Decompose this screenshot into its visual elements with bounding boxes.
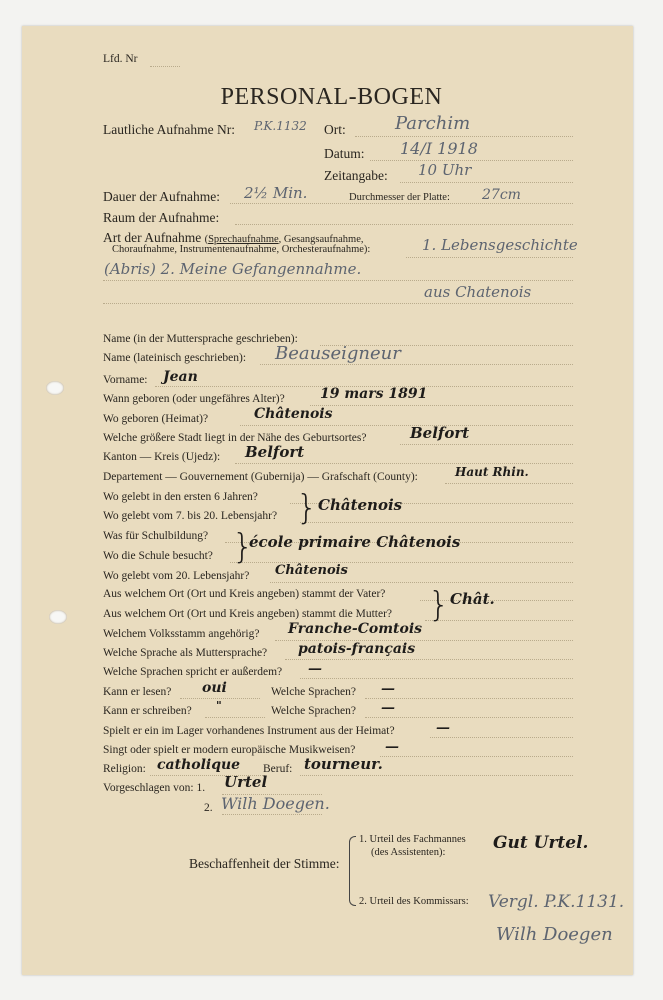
schreiben-sprachen-line (365, 717, 573, 718)
wo-geboren-line (240, 425, 573, 426)
ort-line (355, 136, 573, 137)
instrument-value: — (436, 721, 450, 735)
brace-icon: } (428, 585, 450, 625)
vater-label: Aus welchem Ort (Ort und Kreis angeben) … (103, 589, 385, 601)
ort-value: Parchim (395, 115, 470, 133)
wo-geboren-label: Wo geboren (Heimat)? (103, 414, 208, 426)
geboren-label: Wann geboren (oder ungefähres Alter)? (103, 394, 285, 406)
durchmesser-label: Durchmesser der Platte: (349, 193, 450, 204)
name-latein-label: Name (lateinisch geschrieben): (103, 353, 246, 365)
gelebt-ab20-label: Wo gelebt vom 20. Lebensjahr? (103, 571, 249, 583)
eltern-value: Chât. (450, 592, 495, 607)
urteil1-label-a: 1. Urteil des Fachmannes (359, 835, 466, 846)
art-line2 (103, 280, 573, 281)
art-value-2: (Abris) 2. Meine Gefangennahme. (104, 262, 361, 277)
stimme-label: Beschaffenheit der Stimme: (189, 857, 339, 871)
lesen-label: Kann er lesen? (103, 687, 171, 699)
sprachen-line (300, 678, 573, 679)
kanton-line (235, 463, 573, 464)
punch-hole (49, 610, 67, 624)
schule-value: école primaire Châtenois (249, 535, 460, 550)
musik-line (380, 756, 573, 757)
volksstamm-value: Franche-Comtois (288, 622, 422, 636)
urteil2-value-b: Wilh Doegen (496, 926, 613, 944)
urteil1-label-b: (des Assistenten): (371, 848, 445, 859)
vorname-value: Jean (163, 370, 198, 384)
schreiben-value: " (216, 700, 222, 711)
departement-value: Haut Rhin. (455, 466, 529, 478)
stadt-value: Belfort (410, 426, 469, 441)
datum-value: 14/I 1918 (400, 141, 478, 157)
kanton-value: Belfort (245, 445, 304, 460)
beruf-value: tourneur. (304, 757, 383, 772)
zeitangabe-label: Zeitangabe: (324, 169, 388, 183)
lesen-value: oui (202, 681, 227, 695)
dauer-line (230, 203, 573, 204)
page-title: PERSONAL-BOGEN (0, 84, 663, 111)
muttersprache-label: Welche Sprache als Muttersprache? (103, 648, 267, 660)
lautliche-value: P.K.1132 (254, 120, 307, 132)
raum-line (235, 224, 573, 225)
volksstamm-label: Welchem Volksstamm angehörig? (103, 629, 259, 641)
lesen-sprachen-value: — (381, 682, 395, 696)
religion-label: Religion: (103, 764, 146, 776)
vorgeschlagen-label: Vorgeschlagen von: 1. (103, 783, 205, 795)
raum-label: Raum der Aufnahme: (103, 211, 219, 225)
kanton-label: Kanton — Kreis (Ujedz): (103, 452, 220, 464)
name-mutter-label: Name (in der Muttersprache geschrieben): (103, 334, 298, 346)
bracket-icon (349, 836, 356, 906)
lfd-nr-line (150, 66, 180, 67)
gelebt-ab20-line (270, 582, 573, 583)
art-line1 (406, 257, 573, 258)
name-latein-value: Beauseigneur (275, 345, 401, 363)
art-label-text: Art der Aufnahme (103, 230, 201, 245)
lesen-sprachen-line (365, 698, 573, 699)
datum-label: Datum: (324, 147, 365, 161)
vorgeschlagen-2-line (222, 814, 322, 815)
lesen-sprachen-label: Welche Sprachen? (271, 687, 356, 699)
wo-geboren-value: Châtenois (254, 407, 332, 421)
muttersprache-line (285, 659, 573, 660)
schreiben-sprachen-label: Welche Sprachen? (271, 706, 356, 718)
art-value-1: 1. Lebensgeschichte (422, 238, 578, 253)
urteil2-value-a: Vergl. P.K.1131. (488, 894, 624, 911)
stadt-label: Welche größere Stadt liegt in der Nähe d… (103, 433, 366, 445)
schreiben-line (205, 717, 265, 718)
gelebt20-line (300, 522, 573, 523)
schulbildung-label: Was für Schulbildung? (103, 531, 208, 543)
stadt-line (400, 444, 573, 445)
dauer-label: Dauer der Aufnahme: (103, 190, 220, 204)
departement-line (445, 483, 573, 484)
instrument-line (430, 737, 573, 738)
urteil2-label: 2. Urteil des Kommissars: (359, 897, 469, 908)
art-line3 (103, 303, 573, 304)
beruf-line (300, 775, 573, 776)
brace-icon: } (296, 488, 318, 528)
durchmesser-value: 27cm (482, 188, 521, 202)
ort-label: Ort: (324, 123, 346, 137)
urteil1-value: Gut Urtel. (493, 835, 588, 852)
schule-label: Wo die Schule besucht? (103, 551, 213, 563)
sprachen-label: Welche Sprachen spricht er außerdem? (103, 667, 282, 679)
vorgeschlagen-2-num: 2. (204, 803, 213, 815)
beruf-label: Beruf: (263, 764, 292, 776)
gelebt6-label: Wo gelebt in den ersten 6 Jahren? (103, 492, 258, 504)
musik-value: — (385, 740, 399, 754)
sprachen-value: — (308, 662, 322, 676)
geboren-line (310, 405, 573, 406)
vorgeschlagen-1-value: Urtel (224, 775, 267, 790)
geboren-value: 19 mars 1891 (320, 387, 427, 401)
muttersprache-value: patois-français (298, 642, 415, 656)
schreiben-sprachen-value: — (381, 701, 395, 715)
religion-value: catholique (157, 758, 240, 772)
lfd-nr-label: Lfd. Nr (103, 54, 138, 66)
dauer-value: 2½ Min. (244, 186, 307, 201)
gelebt-ab20-value: Châtenois (275, 564, 348, 577)
punch-hole (46, 381, 64, 395)
instrument-label: Spielt er ein im Lager vorhandenes Instr… (103, 726, 395, 738)
zeitangabe-value: 10 Uhr (418, 163, 471, 178)
art-options-line2: Choraufnahme, Instrumentenaufnahme, Orch… (112, 245, 370, 256)
gelebt-value: Châtenois (318, 498, 402, 513)
vorgeschlagen-2-value: Wilh Doegen. (221, 796, 330, 812)
datum-line (370, 160, 573, 161)
zeitangabe-line (400, 182, 573, 183)
vorname-label: Vorname: (103, 375, 148, 387)
name-latein-line (260, 364, 573, 365)
mutter-label: Aus welchem Ort (Ort und Kreis angeben) … (103, 609, 392, 621)
lautliche-label: Lautliche Aufnahme Nr: (103, 123, 235, 137)
art-value-3: aus Chatenois (424, 285, 531, 300)
departement-label: Departement — Gouvernement (Gubernija) —… (103, 472, 418, 484)
gelebt20-label: Wo gelebt vom 7. bis 20. Lebensjahr? (103, 511, 277, 523)
schreiben-label: Kann er schreiben? (103, 706, 192, 718)
